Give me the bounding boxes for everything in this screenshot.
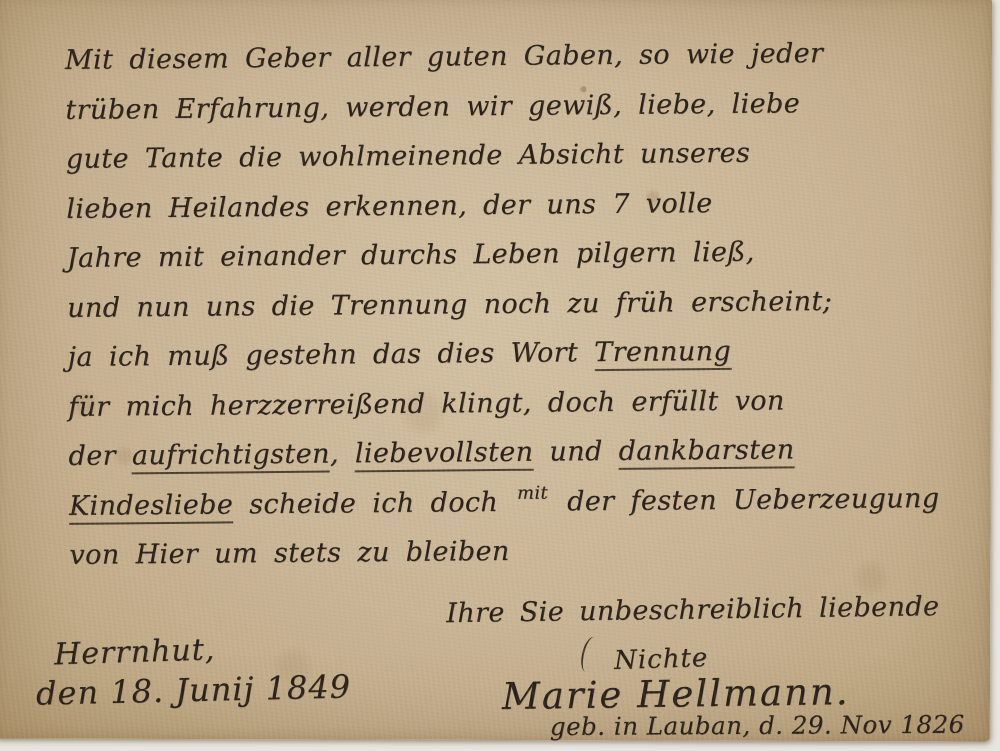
letter-text: lieben Heilandes erkennen, der uns 7 vol… [66,188,713,225]
letter-text: Jahre mit einander durchs Leben pilgern … [67,237,755,274]
letter-line: ja ich muß gestehn das dies Wort Trennun… [67,325,927,382]
letter-line: und nun uns die Trennung noch zu früh er… [67,276,927,333]
relation-line: Nichte [614,643,709,676]
letter-text: Mit diesem Geber aller guten Gaben, so w… [65,38,824,76]
underlined-word: liebevollsten [355,437,534,473]
letter-text: gute Tante die wohlmeinende Absicht unse… [66,138,751,175]
letter-line: trüben Erfahrung, werden wir gewiß, lieb… [65,78,925,135]
birth-line: geb. in Lauban, d. 29. Nov 1826 [550,710,965,741]
letter-text: und [533,436,619,468]
underlined-word: Kindesliebe [69,489,234,524]
letter-line: Jahre mit einander durchs Leben pilgern … [67,226,927,283]
underlined-word: aufrichtigsten [132,439,330,475]
scanned-letter-frame: Mit diesem Geber aller guten Gaben, so w… [0,0,1000,751]
letter-text: der festen Ueberzeugung [551,483,940,518]
letter-text: , [330,438,355,469]
letter-line: lieben Heilandes erkennen, der uns 7 vol… [66,177,926,234]
closing-line: Ihre Sie unbeschreiblich liebende [446,591,940,629]
letter-line: für mich herzzerreißend klingt, doch erf… [68,375,928,432]
ink-flourish [578,635,602,674]
letter-paper: Mit diesem Geber aller guten Gaben, so w… [0,0,992,742]
letter-text: ja ich muß gestehn das dies Wort [68,337,595,373]
letter-line: gute Tante die wohlmeinende Absicht unse… [66,127,926,184]
letter-text: trüben Erfahrung, werden wir gewiß, lieb… [65,88,800,126]
letter-text: für mich herzzerreißend klingt, doch erf… [68,385,785,423]
letter-text: scheide ich doch [233,486,514,520]
underlined-word: Trennung [594,336,731,371]
letter-text: von Hier um stets zu bleiben [69,536,510,571]
letter-line: von Hier um stets zu bleiben [69,523,929,580]
inserted-word-above-line: mit [517,483,548,504]
date-line: den 18. Junij 1849 [36,667,352,712]
letter-line: Kindesliebe scheide ich doch mit der fes… [69,474,929,531]
place-line: Herrnhut, [54,632,216,672]
letter-text: und nun uns die Trennung noch zu früh er… [67,285,832,323]
letter-line: Mit diesem Geber aller guten Gaben, so w… [65,28,925,85]
letter-line: der aufrichtigsten, liebevollsten und da… [68,424,928,481]
underlined-word: dankbarsten [619,434,795,470]
letter-body: Mit diesem Geber aller guten Gaben, so w… [65,28,930,580]
letter-text: der [68,440,132,472]
